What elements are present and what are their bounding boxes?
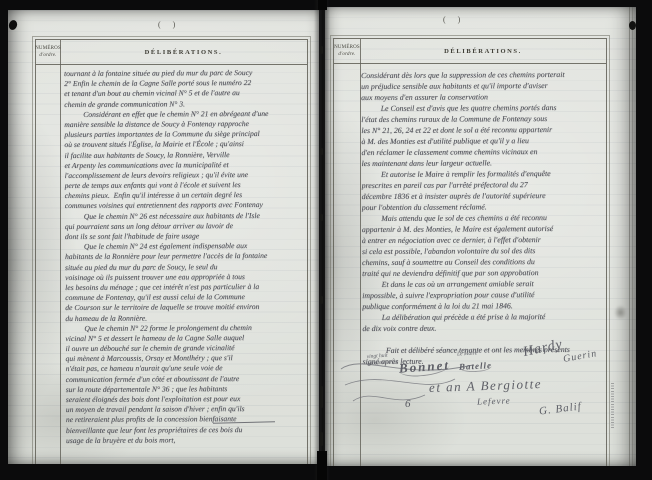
margin-note: vingt huit soixante-seize [367, 352, 399, 368]
ink-smudge [614, 305, 627, 320]
manuscript-text-right: Considérant dès lors que la suppression … [361, 69, 617, 367]
binding-stitch [320, 386, 323, 408]
deliberations-header-left: DÉLIBÉRATIONS. [60, 40, 307, 64]
numeros-column-divider-left [60, 40, 61, 464]
binding-gutter [314, 0, 330, 480]
page-stack-edge [632, 7, 633, 466]
numeros-label: NUMÉROS [35, 45, 61, 52]
left-table-header: NUMÉROS d'ordre. DÉLIBÉRATIONS. [36, 40, 307, 65]
left-page: ( ) NUMÉROS d'ordre. DÉLIBÉRATIONS. tour… [8, 10, 319, 464]
binding-notch-top [318, 0, 327, 10]
deliberations-header-right: DÉLIBÉRATIONS. [360, 39, 606, 63]
printer-imprint-vertical [611, 383, 614, 429]
ordre-label: d'ordre. [338, 51, 355, 58]
page-number-mark-right: ( ) [443, 15, 460, 24]
numeros-label: NUMÉROS [334, 44, 360, 51]
page-stack-edge [629, 7, 630, 466]
right-page: ( ) NUMÉROS d'ordre. DÉLIBÉRATIONS. Cons… [325, 7, 636, 466]
numeros-header-left: NUMÉROS d'ordre. [36, 40, 60, 64]
page-number-mark-left: ( ) [158, 20, 175, 29]
order-number: 6 [405, 398, 411, 410]
binding-stitch [320, 296, 323, 304]
scanned-register-spread: ( ) NUMÉROS d'ordre. DÉLIBÉRATIONS. tour… [0, 0, 652, 480]
manuscript-line: usage de la bruyère et du bois mort, [66, 434, 318, 446]
manuscript-text-left: tournant à la fontaine située au pied du… [64, 68, 318, 446]
signature-lefevre: Lefevre [477, 395, 511, 406]
binding-stitch [320, 214, 323, 221]
binding-stitch [320, 46, 323, 54]
signature-title-le-maire: Le Maire [457, 350, 477, 357]
ink-dot [629, 21, 636, 30]
ordre-label: d'ordre. [39, 52, 56, 59]
binding-notch-bottom [317, 451, 327, 480]
binding-stitch [320, 148, 323, 155]
numeros-header-right: NUMÉROS d'ordre. [334, 39, 360, 63]
binding-stitch [320, 432, 323, 446]
right-table-header: NUMÉROS d'ordre. DÉLIBÉRATIONS. [334, 39, 606, 64]
